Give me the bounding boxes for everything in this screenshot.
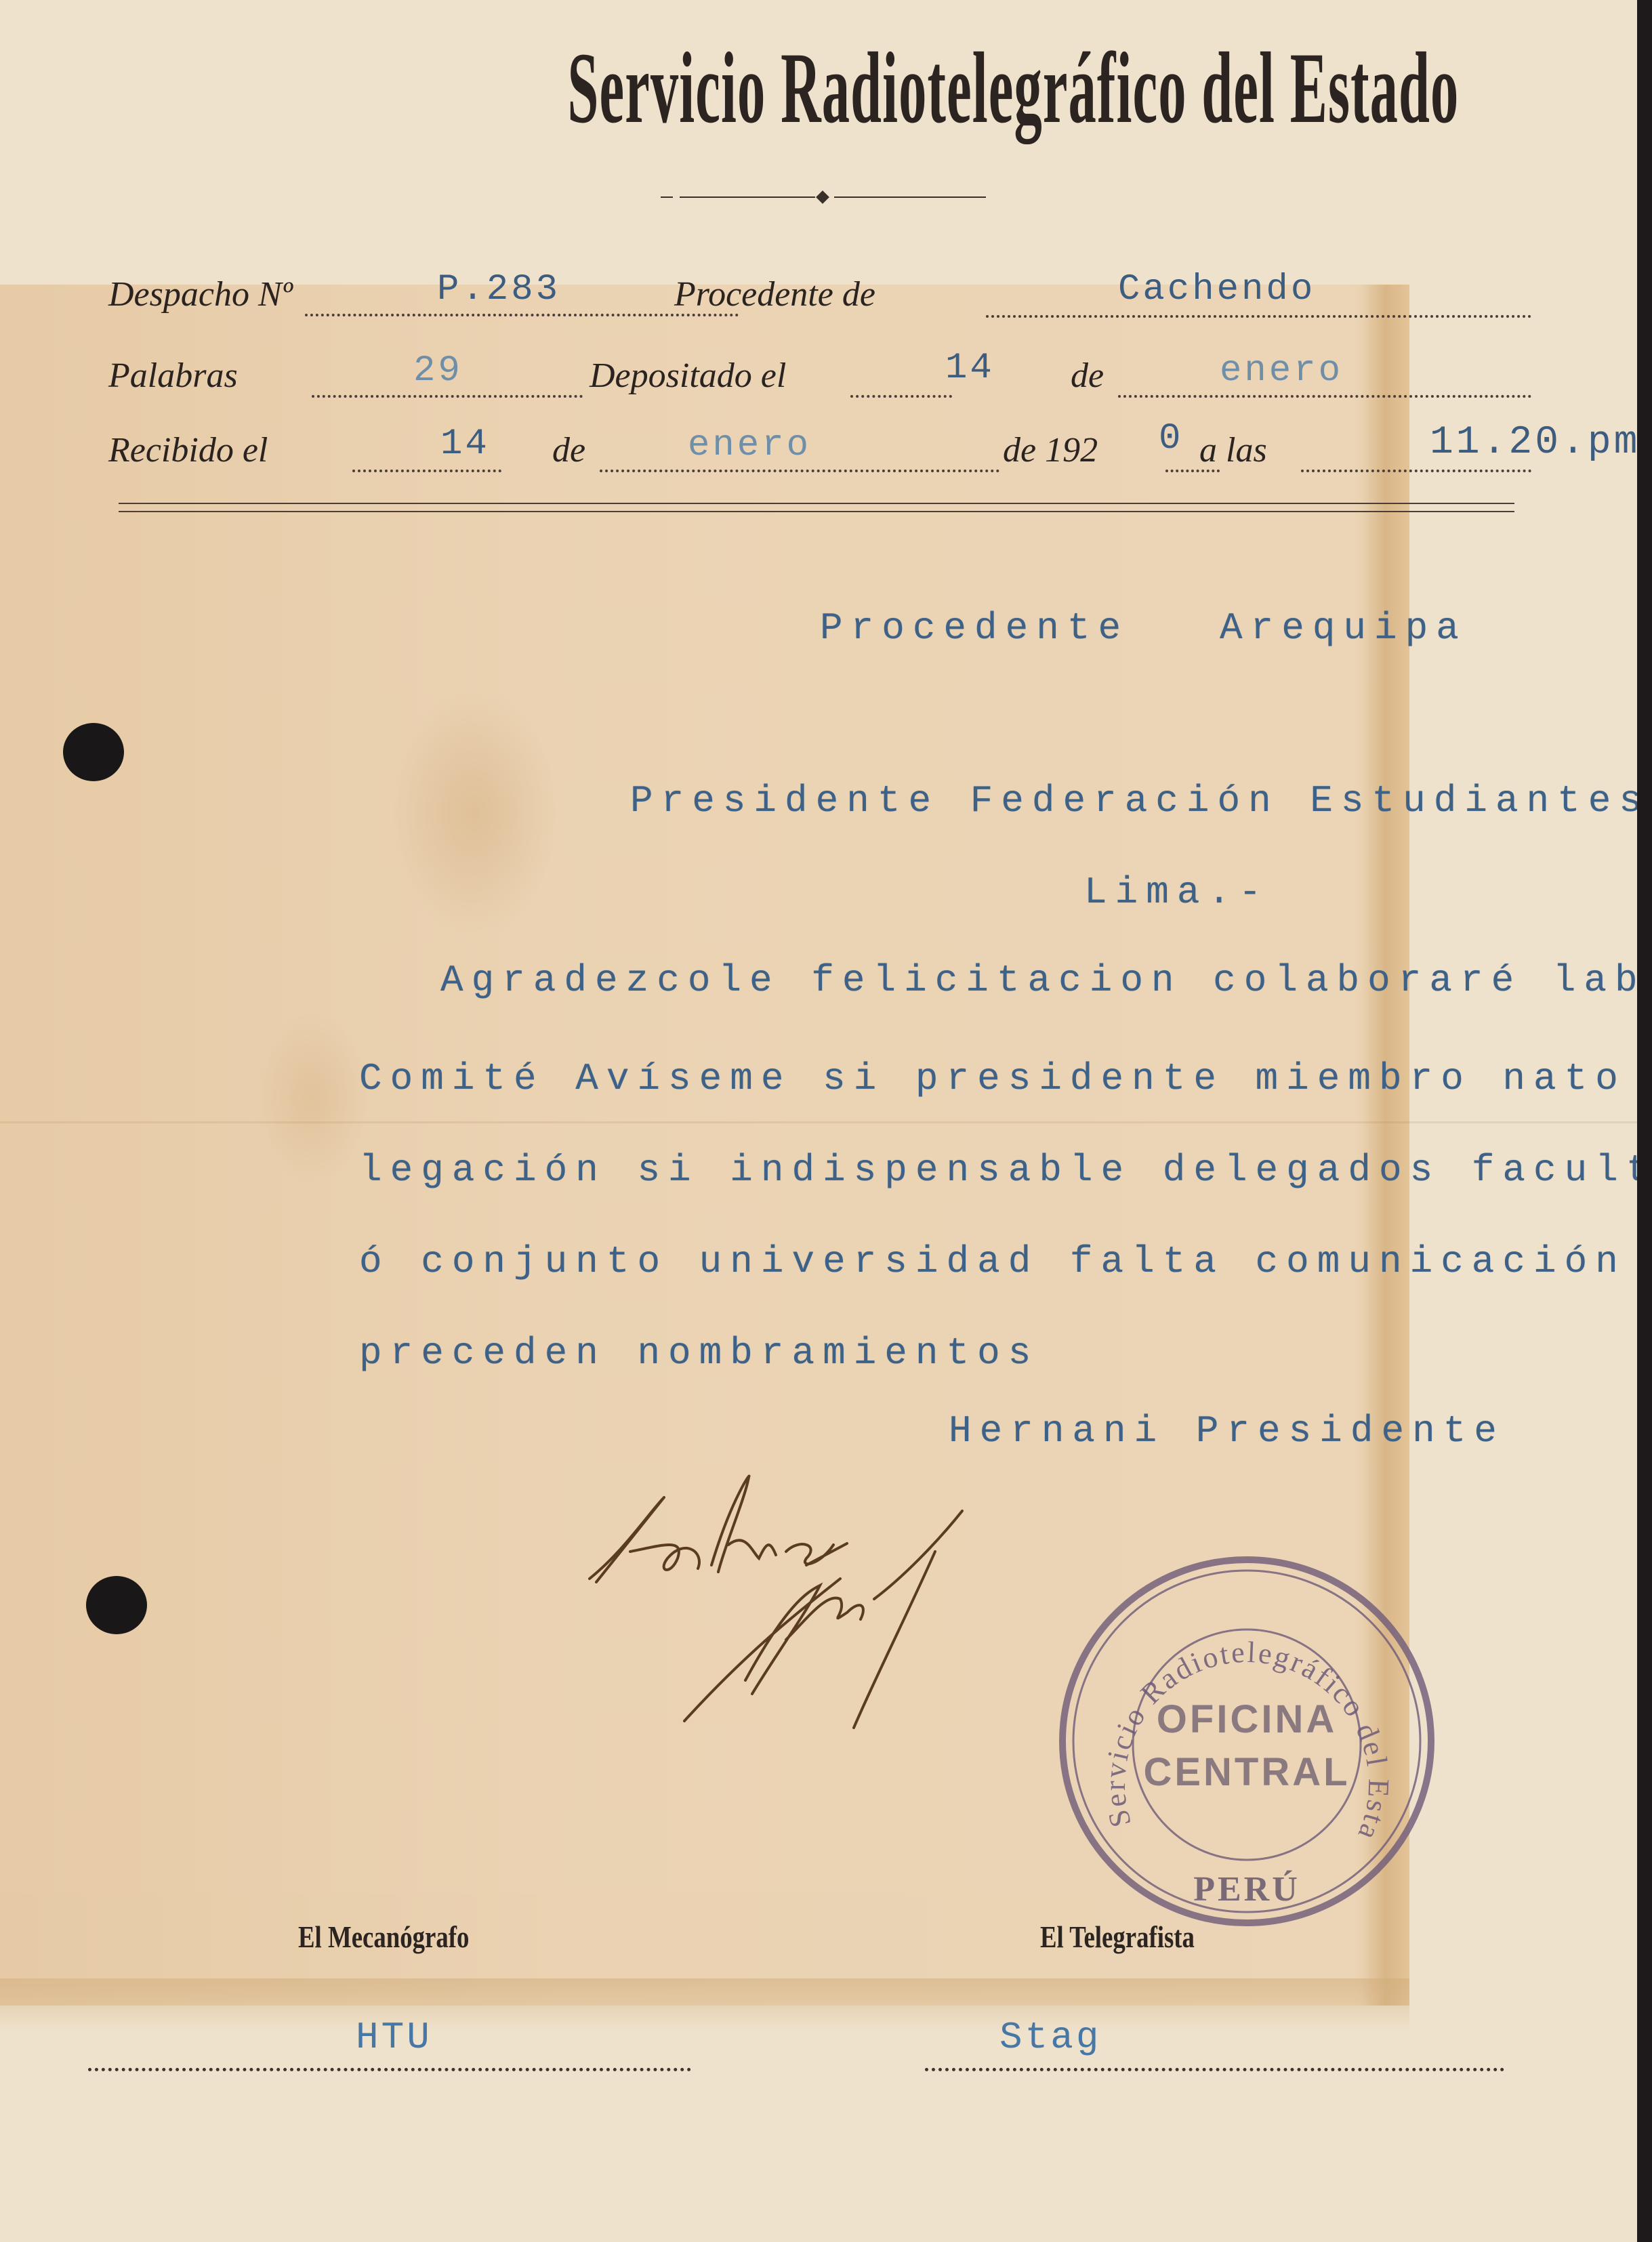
recibido-day-dotted-line (352, 470, 501, 472)
palabras-value: 29 (413, 350, 463, 392)
punch-hole-top (63, 723, 124, 781)
year-label: de 192 (1003, 430, 1098, 470)
message-line-4: ó conjunto universidad falta comunicació… (359, 1240, 1638, 1283)
depositado-month: enero (1220, 350, 1343, 392)
signoff: Hernani Presidente (949, 1409, 1505, 1453)
mecanografo-label: El Mecanógrafo (298, 1919, 469, 1955)
year-digit: 0 (1159, 418, 1183, 459)
message-line-5: preceden nombramientos (359, 1331, 1039, 1375)
document-title: Servicio Radiotelegráfico del Estado (568, 27, 1127, 149)
telegrafista-label: El Telegrafista (1040, 1919, 1195, 1955)
punch-hole-bottom (86, 1576, 147, 1634)
official-stamp: Servicio Radiotelegráfico del Estado OFI… (1054, 1548, 1440, 1934)
stamp-center-line-1: OFICINA (1157, 1697, 1337, 1741)
a-las-label: a las (1199, 430, 1267, 470)
stamp-seal-icon: Servicio Radiotelegráfico del Estado OFI… (1054, 1548, 1440, 1934)
depositado-de-label: de (1071, 356, 1104, 396)
recibido-month: enero (688, 425, 811, 466)
form-divider-bottom (119, 511, 1514, 512)
received-time: 11.20.pm (1430, 421, 1638, 465)
form-divider-top (119, 503, 1514, 504)
mecanografo-initials: HTU (356, 2016, 432, 2059)
time-dotted-line (1301, 470, 1531, 472)
recibido-month-dotted-line (600, 470, 999, 472)
addressee: Presidente Federación Estudiantes (630, 779, 1638, 823)
depositado-day-dotted-line (850, 395, 952, 398)
fold-crease (0, 1121, 1638, 1123)
recibido-day: 14 (440, 423, 490, 465)
destination-city: Lima.- (1084, 871, 1270, 914)
origin-value: Arequipa (1220, 606, 1467, 650)
stamp-center-line-2: CENTRAL (1143, 1750, 1350, 1794)
palabras-label: Palabras (108, 356, 238, 396)
form-row-despacho: Despacho Nº P.283 Procedente de Cachendo (108, 274, 1531, 322)
procedente-dotted-line (986, 315, 1531, 318)
recibido-label: Recibido el (108, 430, 268, 470)
mecanografo-signature-line (88, 2068, 691, 2071)
depositado-month-dotted-line (1118, 395, 1531, 398)
procedente-value: Cachendo (1118, 269, 1315, 310)
message-line-1: Agradezcole felicitacion colaboraré labo… (440, 959, 1638, 1002)
despacho-dotted-line (305, 314, 739, 316)
stamp-bottom-text: PERÚ (1193, 1869, 1300, 1909)
depositado-day: 14 (945, 348, 995, 389)
message-line-3: legación si indispensable delegados facu… (359, 1148, 1638, 1192)
telegram-document: Servicio Radiotelegráfico del Estado Des… (0, 0, 1638, 2242)
background-edge (1637, 0, 1652, 2242)
telegrafista-signature-line (925, 2068, 1504, 2071)
origin-label: Procedente (820, 606, 1129, 650)
form-row-recibido: Recibido el 14 de enero de 192 0 a las 1… (108, 430, 1531, 478)
telegrafista-initials: Stag (999, 2016, 1101, 2059)
form-row-palabras: Palabras 29 Depositado el 14 de enero (108, 356, 1531, 403)
despacho-number: P.283 (437, 269, 560, 310)
palabras-dotted-line (312, 395, 583, 398)
title-ornament-divider (661, 192, 986, 203)
procedente-label: Procedente de (674, 274, 875, 314)
depositado-label: Depositado el (590, 356, 786, 396)
recibido-de-label: de (552, 430, 585, 470)
diamond-ornament-icon (816, 190, 829, 204)
message-line-2: Comité Avíseme si presidente miembro nat… (359, 1057, 1638, 1100)
despacho-label: Despacho Nº (108, 274, 293, 314)
